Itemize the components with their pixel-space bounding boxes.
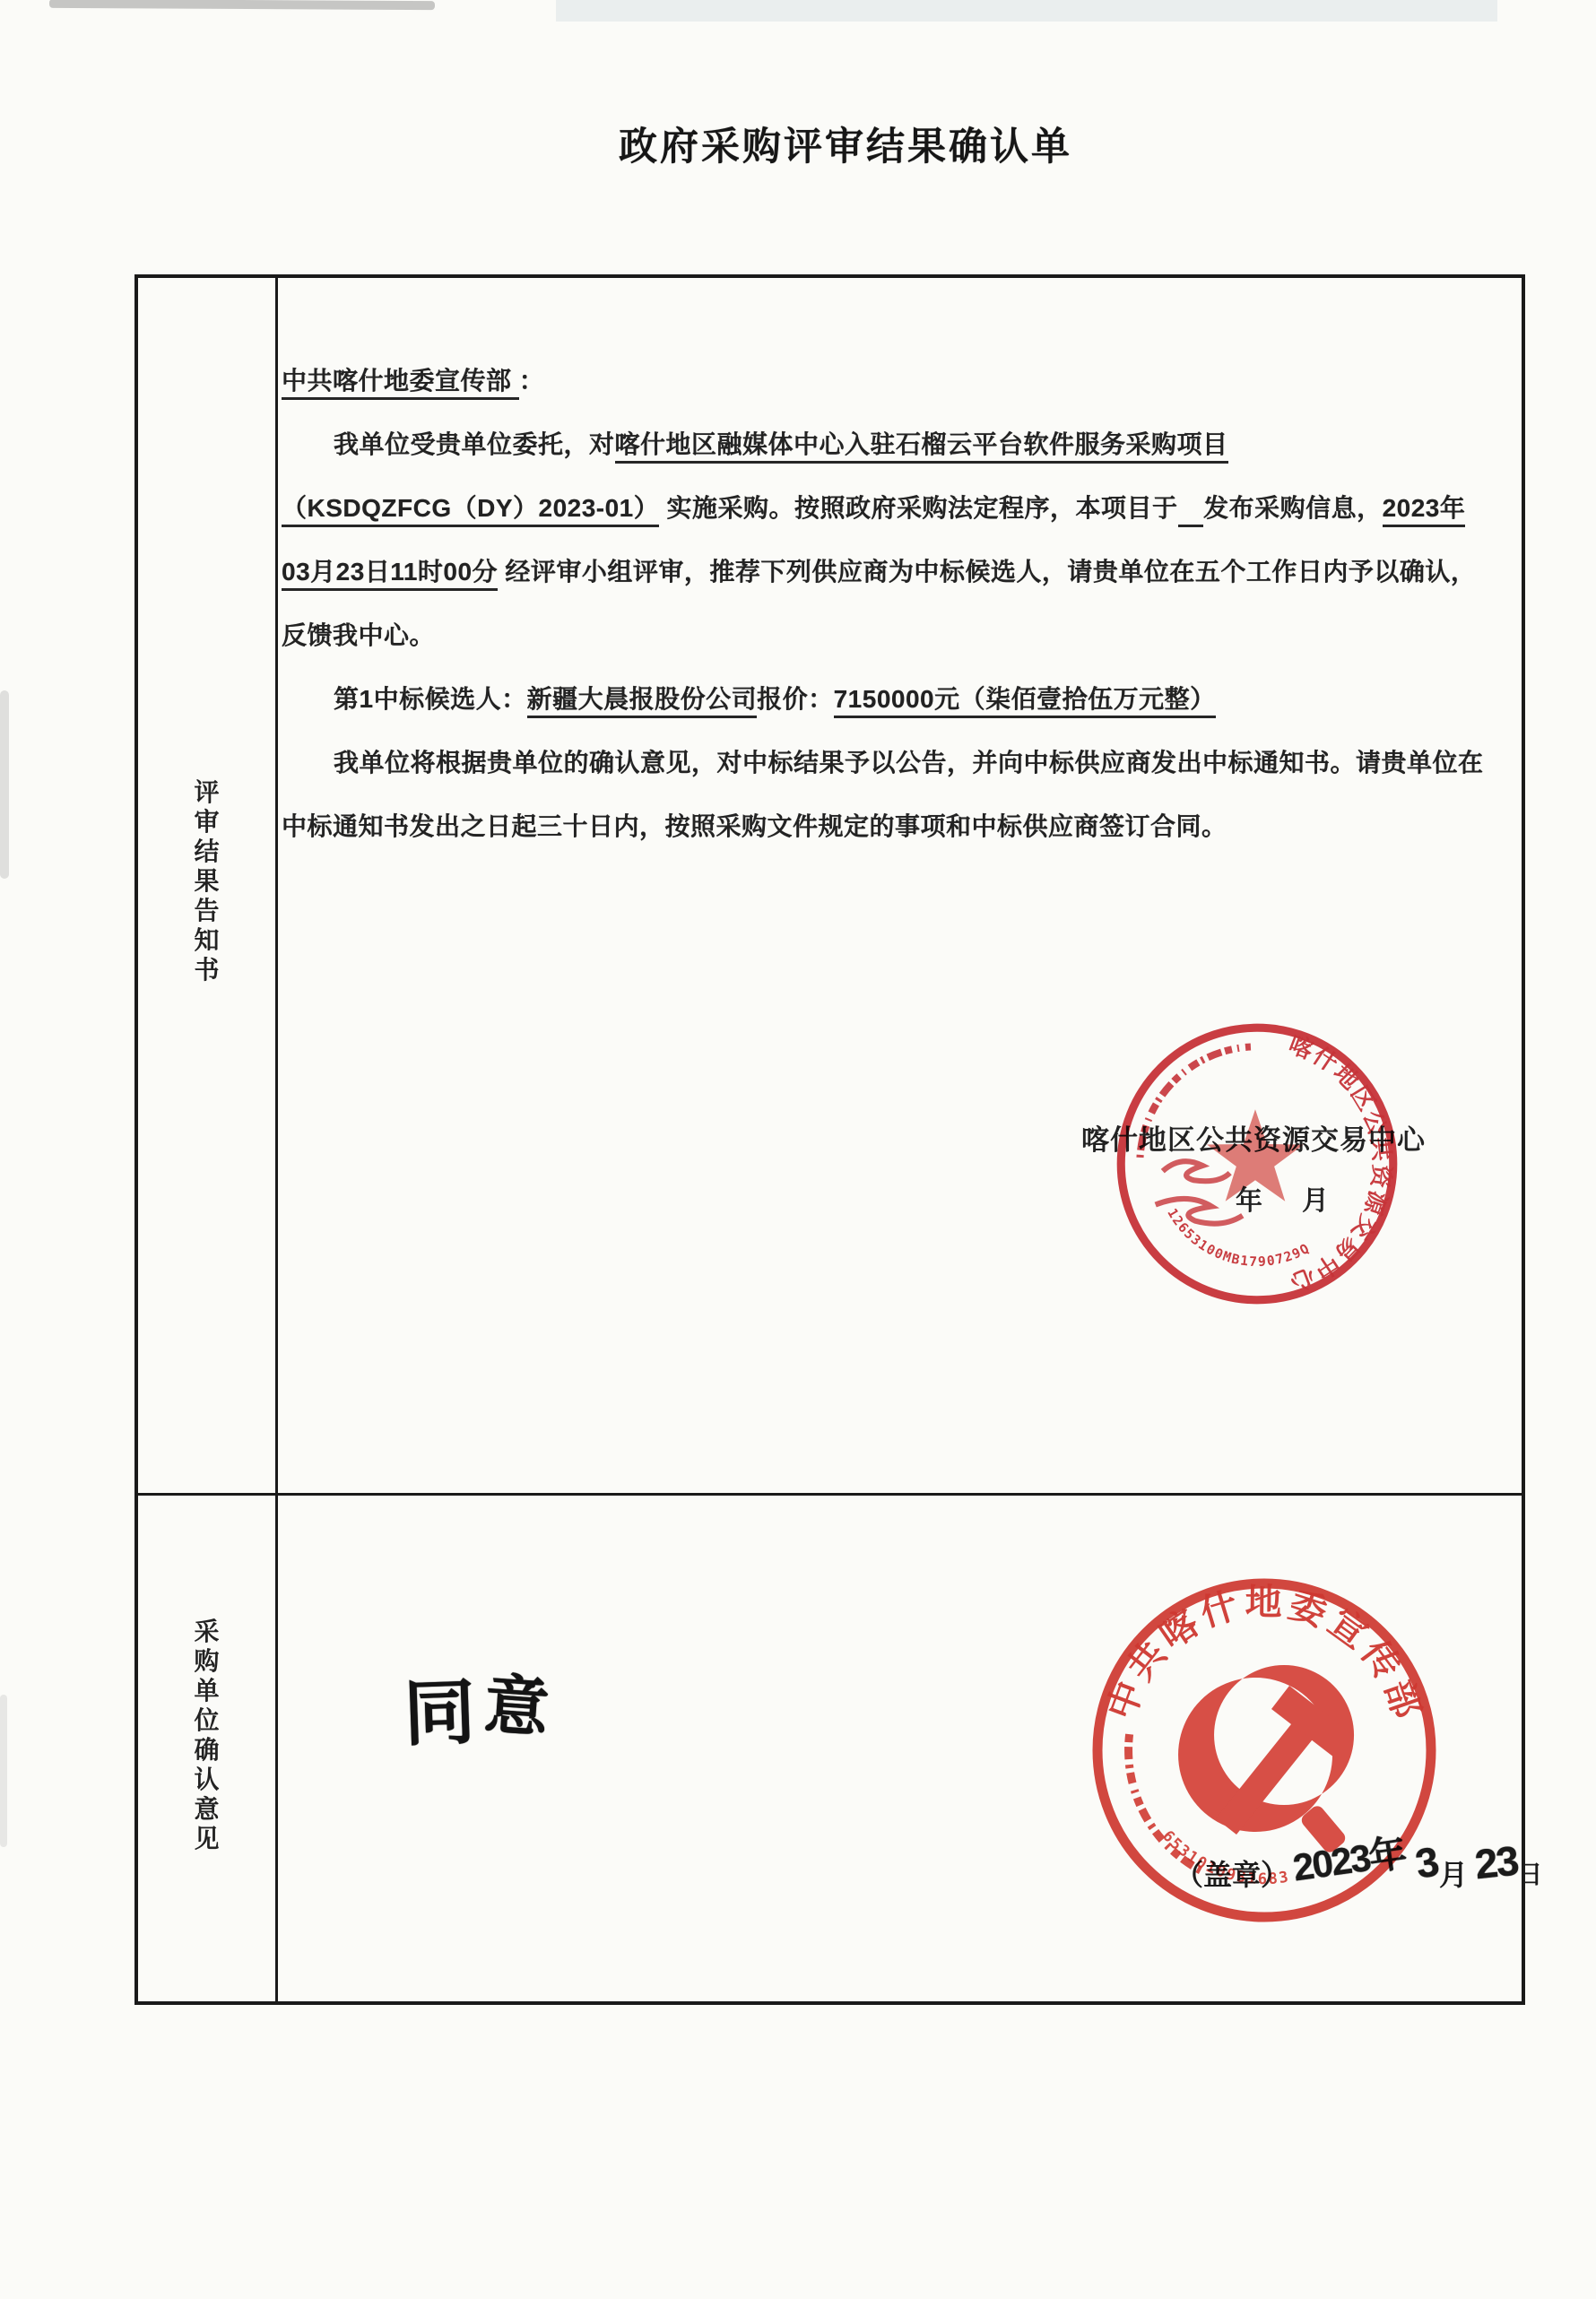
vertical-label-char: 果 xyxy=(194,866,219,896)
notice-line: 第1中标候选人：新疆大晨报股份公司报价：7150000元（柒佰壹拾伍万元整） xyxy=(282,680,1504,743)
document-title: 政府采购评审结果确认单 xyxy=(619,117,1072,171)
red-scribble-1 xyxy=(1163,1161,1230,1181)
vertical-label-char: 意 xyxy=(194,1794,219,1824)
vertical-label-char: 知 xyxy=(194,925,219,955)
row1-header-review-result-notice: 评审结果告知书 xyxy=(138,777,275,985)
notice-lines: 中共喀什地委宣传部 ：我单位受贵单位委托，对喀什地区融媒体中心入驻石榴云平台软件… xyxy=(282,361,1504,871)
notice-text-segment: 第1中标候选人： xyxy=(334,685,527,713)
notice-text-segment: ： xyxy=(519,367,545,395)
notice-text-segment: 报价： xyxy=(757,685,834,713)
handwriting-char: 同 xyxy=(402,1654,477,1760)
vertical-label-char: 确 xyxy=(194,1735,219,1765)
scan-artifact-left-edge-lower xyxy=(0,1695,7,1847)
stamp2-serial-number: 6531010931683 xyxy=(1158,1827,1291,1888)
uyghur-script-arc xyxy=(1140,1046,1250,1157)
notice-line: （KSDQZFCG（DY）2023-01） 实施采购。按照政府采购法定程序，本项… xyxy=(282,489,1504,552)
table-row-divider xyxy=(138,1493,1522,1496)
notice-line: 反馈我中心。 xyxy=(282,616,1504,680)
notice-text-segment: 发布采购信息， xyxy=(1203,494,1383,522)
notice-text-segment: 中标通知书发出之日起三十日内，按照采购文件规定的事项和中标供应商签订合同。 xyxy=(282,812,1227,840)
notice-underlined-segment: 03月23日11时00分 xyxy=(282,558,498,591)
notice-line: 03月23日11时00分 经评审小组评审，推荐下列供应商为中标候选人，请贵单位在… xyxy=(282,552,1504,616)
day-label: 日 xyxy=(1517,1861,1542,1888)
notice-text-segment: 我单位将根据贵单位的确认意见，对中标结果予以公告，并向中标供应商发出中标通知书。… xyxy=(334,749,1484,776)
notice-underlined-segment: （KSDQZFCG（DY）2023-01） xyxy=(282,494,659,527)
notice-underlined-segment xyxy=(1178,494,1204,527)
vertical-label-char: 评 xyxy=(194,777,219,807)
notice-line: 中标通知书发出之日起三十日内，按照采购文件规定的事项和中标供应商签订合同。 xyxy=(282,807,1504,871)
table-column-divider xyxy=(275,278,278,2001)
party-propaganda-department-stamp: 中共喀什地委宣传部 6531010931683 xyxy=(1076,1562,1453,1939)
notice-underlined-segment: 喀什地区融媒体中心入驻石榴云平台软件服务采购项目 xyxy=(615,430,1228,464)
vertical-label-char: 见 xyxy=(194,1824,219,1853)
public-resource-trading-center-stamp: 喀什地区公共资源交易中心 12653100MB1790729Q xyxy=(1103,1010,1411,1318)
vertical-label-char: 单 xyxy=(194,1676,219,1705)
scan-artifact-left-edge xyxy=(0,690,9,879)
scanned-procurement-confirmation-document: { "doc": { "title": "政府采购评审结果确认单" }, "co… xyxy=(0,0,1596,2299)
vertical-label-char: 采 xyxy=(194,1617,219,1646)
svg-text:6531010931683: 6531010931683 xyxy=(1158,1827,1291,1888)
scan-artifact-top xyxy=(49,0,435,10)
hammer-sickle-icon xyxy=(1178,1665,1354,1855)
notice-underlined-segment: 2023年 xyxy=(1383,494,1466,527)
notice-underlined-segment: 7150000元（柒佰壹拾伍万元整） xyxy=(834,685,1216,718)
vertical-label-char: 认 xyxy=(194,1765,219,1794)
svg-text:中共喀什地委宣传部: 中共喀什地委宣传部 xyxy=(1100,1582,1430,1728)
vertical-label-char: 告 xyxy=(194,896,219,925)
notice-underlined-segment: 中共喀什地委宣传部 xyxy=(282,367,519,400)
notice-underlined-segment: 新疆大晨报股份公司 xyxy=(527,685,758,718)
notice-line: 我单位将根据贵单位的确认意见，对中标结果予以公告，并向中标供应商发出中标通知书。… xyxy=(282,743,1504,807)
vertical-label-char: 购 xyxy=(194,1646,219,1676)
handwritten-day-number: 23 xyxy=(1472,1836,1520,1889)
vertical-label-char: 结 xyxy=(194,837,219,866)
notice-line: 我单位受贵单位委托，对喀什地区融媒体中心入驻石榴云平台软件服务采购项目 xyxy=(282,425,1504,489)
stamp2-ring-text: 中共喀什地委宣传部 xyxy=(1100,1582,1430,1728)
notice-text-segment: 我单位受贵单位委托，对 xyxy=(334,430,615,458)
notice-text-segment: 经评审小组评审，推荐下列供应商为中标候选人，请贵单位在五个工作日内予以确认， xyxy=(498,558,1476,586)
vertical-label-char: 书 xyxy=(194,955,219,985)
vertical-label-char: 审 xyxy=(194,807,219,837)
notice-line: 中共喀什地委宣传部 ： xyxy=(282,361,1504,425)
notice-text-segment: 反馈我中心。 xyxy=(282,621,435,649)
handwritten-approval: 同 意 xyxy=(403,1655,549,1758)
row2-header-purchaser-confirmation: 采购单位确认意见 xyxy=(138,1617,275,1853)
scan-artifact-top-right xyxy=(556,0,1497,22)
handwriting-char: 意 xyxy=(482,1653,553,1750)
vertical-label-char: 位 xyxy=(194,1705,219,1735)
star-icon xyxy=(1207,1109,1304,1201)
notice-text-segment: 实施采购。按照政府采购法定程序，本项目于 xyxy=(659,494,1177,522)
